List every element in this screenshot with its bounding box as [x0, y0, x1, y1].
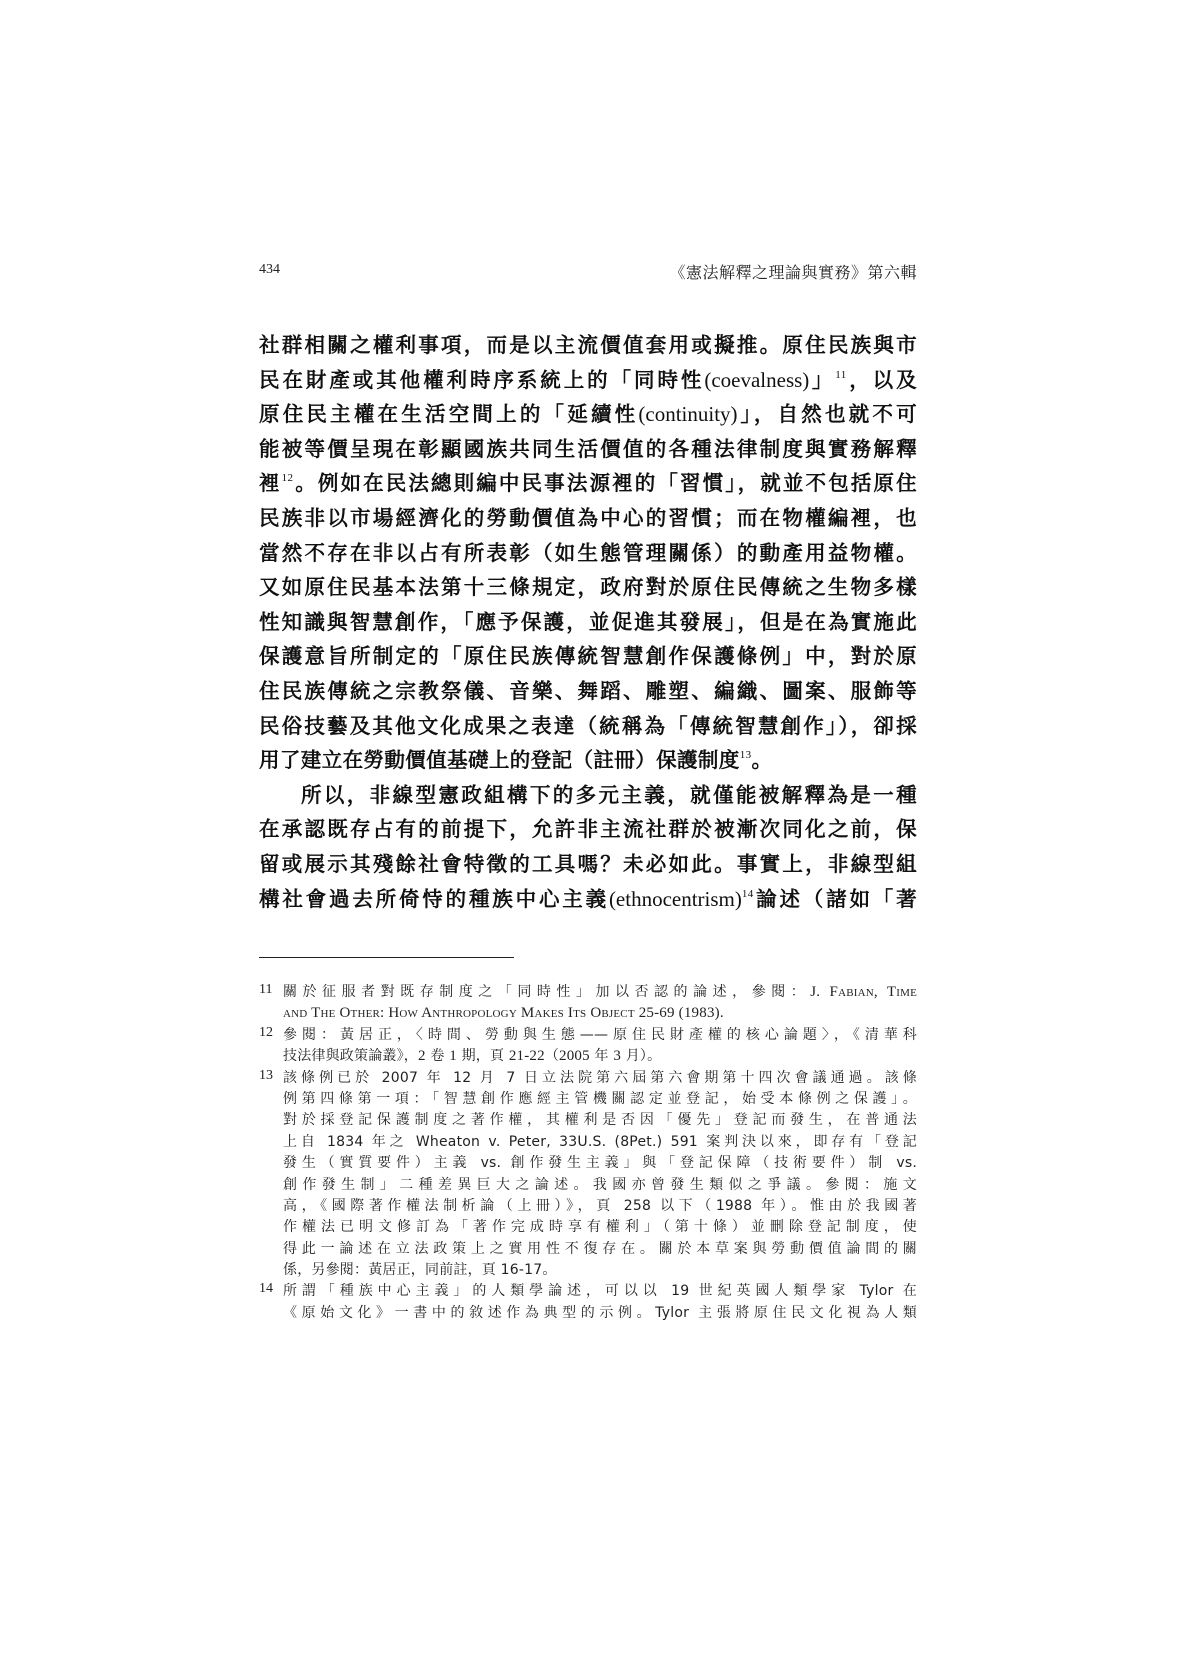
footnote-number: 13: [259, 1068, 273, 1084]
body-line: 構社會過去所倚恃的種族中心主義(ethnocentrism)14論述（諸如「著: [259, 882, 917, 917]
footnote-ref-12[interactable]: 12: [282, 472, 294, 484]
footnote-divider: [259, 957, 514, 958]
body-line: 能被等價呈現在彰顯國族共同生活價值的各種法律制度與實務解釋: [259, 432, 917, 467]
body-line: 保護意旨所制定的「原住民族傳統智慧創作保護條例」中，對於原: [259, 639, 917, 674]
body-line: 性知識與智慧創作，「應予保護，並促進其發展」，但是在為實施此: [259, 605, 917, 640]
footnote-line: 例第四條第一項：「智慧創作應經主管機關認定並登記，始受本條例之保護」。: [283, 1089, 917, 1110]
footnote-line: and The Other: How Anthropology Makes It…: [283, 1003, 917, 1024]
footnote-number: 11: [259, 982, 272, 998]
body-line: 原住民主權在生活空間上的「延續性(continuity)」，自然也就不可: [259, 397, 917, 432]
document-page: 434 《憲法解釋之理論與實務》第六輯 社群相關之權利事項，而是以主流價值套用或…: [0, 0, 1177, 1664]
footnote-line: 該條例已於 2007 年 12 月 7 日立法院第六屆第六會期第十四次會議通過。…: [283, 1068, 917, 1089]
footnote-ref-14[interactable]: 14: [742, 888, 754, 900]
footnote-11: 11 關於征服者對既存制度之「同時性」加以否認的論述，參閱：J. Fabian,…: [259, 982, 917, 1025]
footnote-ref-11[interactable]: 11: [835, 369, 846, 381]
body-line: 民族非以市場經濟化的勞動價值為中心的習慣；而在物權編裡，也: [259, 501, 917, 536]
footnote-line: 發生（實質要件）主義 vs. 創作發生主義」與「登記保障（技術要件）制 vs.: [283, 1153, 917, 1174]
footnote-line: 所謂「種族中心主義」的人類學論述，可以以 19 世紀英國人類學家 Tylor 在: [283, 1281, 917, 1302]
body-line: 又如原住民基本法第十三條規定，政府對於原住民傳統之生物多樣: [259, 570, 917, 605]
paragraph-start-line: 所以，非線型憲政組構下的多元主義，就僅能被解釋為是一種: [259, 778, 917, 813]
footnote-line: 參閱：黃居正，〈時間、勞動與生態——原住民財產權的核心論題〉，《清華科: [283, 1025, 917, 1046]
body-text: 社群相關之權利事項，而是以主流價值套用或擬推。原住民族與市 民在財產或其他權利時…: [259, 328, 917, 916]
body-line: 留或展示其殘餘社會特徵的工具嗎？未必如此。事實上，非線型組: [259, 847, 917, 882]
body-line: 住民族傳統之宗教祭儀、音樂、舞蹈、雕塑、編織、圖案、服飾等: [259, 674, 917, 709]
footnote-number: 14: [259, 1281, 273, 1297]
footnote-12: 12 參閱：黃居正，〈時間、勞動與生態——原住民財產權的核心論題〉，《清華科 技…: [259, 1025, 917, 1068]
footnote-line: 上自 1834 年之 Wheaton v. Peter, 33U.S. (8Pe…: [283, 1132, 917, 1153]
body-line: 用了建立在勞動價值基礎上的登記（註冊）保護制度13。: [259, 743, 917, 778]
footnote-line: 創作發生制」二種差異巨大之論述。我國亦曾發生類似之爭議。參閱：施文: [283, 1175, 917, 1196]
footnote-line: 《原始文化》一書中的敘述作為典型的示例。Tylor 主張將原住民文化視為人類: [283, 1303, 917, 1324]
footnote-number: 12: [259, 1025, 273, 1041]
page-number: 434: [259, 262, 280, 278]
body-line: 裡12。例如在民法總則編中民事法源裡的「習慣」，就並不包括原住: [259, 466, 917, 501]
body-line: 當然不存在非以占有所表彰（如生態管理關係）的動產用益物權。: [259, 536, 917, 571]
footnote-line: 得此一論述在立法政策上之實用性不復存在。關於本草案與勞動價值論間的關: [283, 1239, 917, 1260]
body-line: 民俗技藝及其他文化成果之表達（統稱為「傳統智慧創作」），卻採: [259, 709, 917, 744]
page-header: 434 《憲法解釋之理論與實務》第六輯: [259, 262, 917, 286]
footnote-14: 14 所謂「種族中心主義」的人類學論述，可以以 19 世紀英國人類學家 Tylo…: [259, 1281, 917, 1324]
body-line: 在承認既存占有的前提下，允許非主流社群於被漸次同化之前，保: [259, 812, 917, 847]
footnote-line: 對於採登記保護制度之著作權，其權利是否因「優先」登記而發生，在普通法: [283, 1110, 917, 1131]
footnote-line: 作權法已明文修訂為「著作完成時享有權利」（第十條）並刪除登記制度，使: [283, 1217, 917, 1238]
footnote-13: 13 該條例已於 2007 年 12 月 7 日立法院第六屆第六會期第十四次會議…: [259, 1068, 917, 1282]
body-line: 民在財產或其他權利時序系統上的「同時性(coevalness)」11，以及: [259, 363, 917, 398]
footnote-ref-13[interactable]: 13: [740, 749, 752, 761]
body-line: 社群相關之權利事項，而是以主流價值套用或擬推。原住民族與市: [259, 328, 917, 363]
footnote-line: 係，另參閱：黃居正，同前註，頁 16-17。: [283, 1260, 917, 1281]
footnote-line: 技法律與政策論叢》，2 卷 1 期，頁 21-22（2005 年 3 月）。: [283, 1046, 917, 1067]
running-title: 《憲法解釋之理論與實務》第六輯: [669, 260, 917, 283]
footnotes: 11 關於征服者對既存制度之「同時性」加以否認的論述，參閱：J. Fabian,…: [259, 982, 917, 1324]
footnote-line: 高，《國際著作權法制析論（上冊）》，頁 258 以下（1988 年）。惟由於我國…: [283, 1196, 917, 1217]
footnote-line: 關於征服者對既存制度之「同時性」加以否認的論述，參閱：J. Fabian, Ti…: [283, 982, 917, 1003]
